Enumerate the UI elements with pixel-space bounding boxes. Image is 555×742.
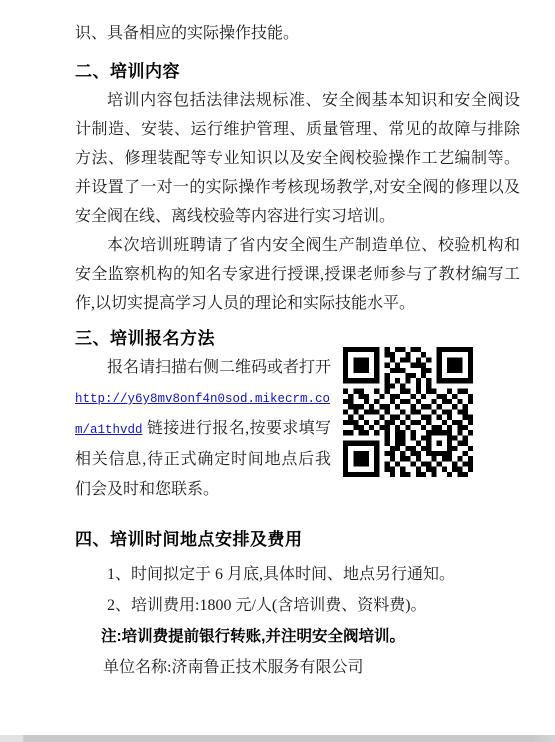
section3-registration-block: 报名请扫描右侧二维码或者打开http://y6y8mv8onf4n0sod.mi… xyxy=(75,353,520,505)
section4-item-1: 1、时间拟定于 6 月底,具体时间、地点另行通知。 xyxy=(75,560,520,589)
document-page: 识、具备相应的实际操作技能。 二、培训内容 培训内容包括法律法规标准、安全阀基本… xyxy=(0,0,555,735)
section2-paragraph-2: 本次培训班聘请了省内安全阀生产制造单位、校验机构和安全监察机构的知名专家进行授课… xyxy=(75,231,520,318)
organization-name: 单位名称:济南鲁正技术服务有限公司 xyxy=(75,653,520,682)
page-bottom-edge xyxy=(0,735,555,742)
section4-item-2: 2、培训费用:1800 元/人(含培训费、资料费)。 xyxy=(75,591,520,620)
section4-note: 注:培训费提前银行转账,并注明安全阀培训。 xyxy=(75,622,520,651)
section2-heading: 二、培训内容 xyxy=(75,57,520,86)
section4-heading: 四、培训时间地点安排及费用 xyxy=(75,525,520,554)
paragraph-lead: 识、具备相应的实际操作技能。 xyxy=(75,19,520,48)
registration-text-before-link: 报名请扫描右侧二维码或者打开 xyxy=(107,359,331,376)
section2-paragraph-1: 培训内容包括法律法规标准、安全阀基本知识和安全阀设计制造、安装、运行维护管理、质… xyxy=(75,86,520,231)
qr-code xyxy=(343,347,473,477)
